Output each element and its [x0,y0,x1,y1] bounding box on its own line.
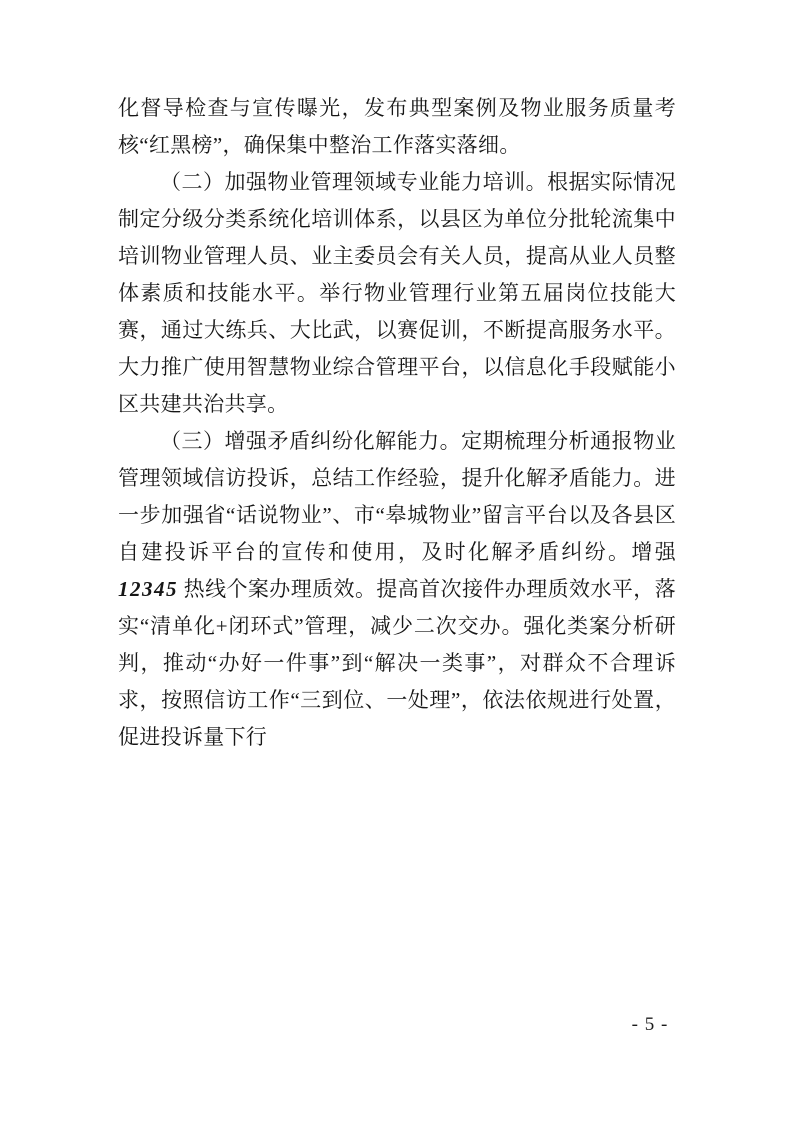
text-segment: 热线个案办理质效。提高首次接件办理质效水平，落实“清单化+闭环式”管理，减少二次… [118,577,676,749]
document-page: 化督导检查与宣传曝光，发布典型案例及物业服务质量考核“红黑榜”，确保集中整治工作… [0,0,793,1122]
hotline-number: 12345 [118,577,178,601]
page-number: - 5 - [612,1012,688,1038]
text-segment: 化督导检查与宣传曝光，发布典型案例及物业服务质量考核“红黑榜”，确保集中整治工作… [118,96,676,157]
text-segment: 根据实际情况制定分级分类系统化培训体系，以县区为单位分批轮流集中培训物业管理人员… [118,170,676,416]
section-heading-text: （三）增强矛盾纠纷化解能力。 [160,429,461,453]
para-continuation: 化督导检查与宣传曝光，发布典型案例及物业服务质量考核“红黑榜”，确保集中整治工作… [118,90,676,164]
document-body: 化督导检查与宣传曝光，发布典型案例及物业服务质量考核“红黑榜”，确保集中整治工作… [118,90,676,756]
section-heading-text: （二）加强物业管理领域专业能力培训。 [160,170,547,194]
para-section-2: （二）加强物业管理领域专业能力培训。根据实际情况制定分级分类系统化培训体系，以县… [118,164,676,423]
para-section-3: （三）增强矛盾纠纷化解能力。定期梳理分析通报物业管理领域信访投诉，总结工作经验，… [118,423,676,756]
